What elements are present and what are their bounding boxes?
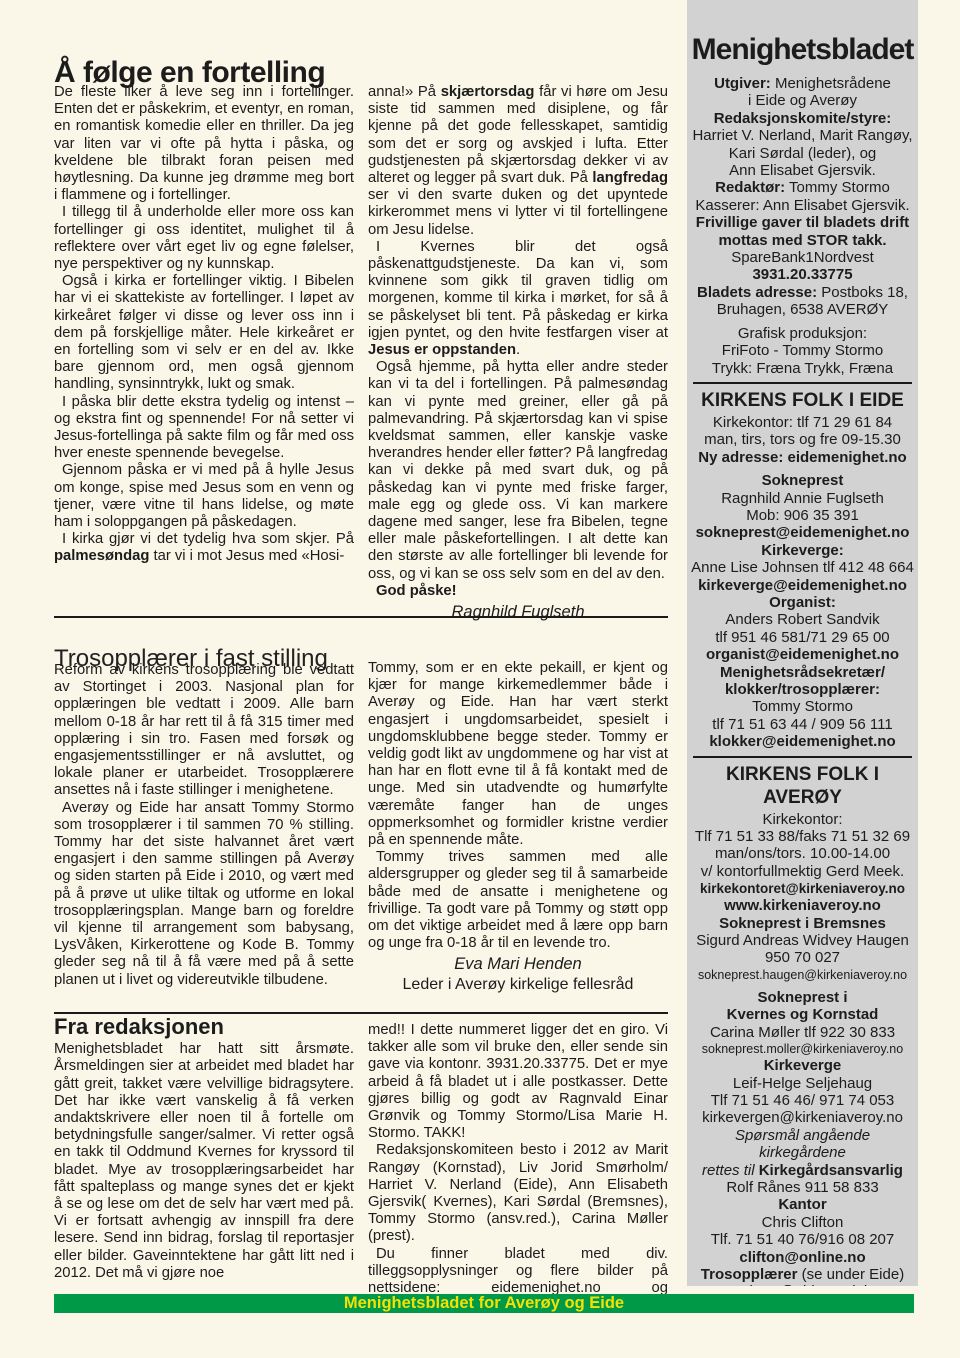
sidebar-line: Tlf. 71 51 40 76/916 08 207 (687, 1231, 918, 1248)
paragraph: anna!» På skjærtorsdag får vi høre om Je… (368, 84, 668, 239)
sidebar-line: Frivillige gaver til bladets drift (687, 214, 918, 231)
sidebar-line: KIRKENS FOLK I EIDE (687, 389, 918, 412)
paragraph: I kirka gjør vi det tydelig hva som skje… (54, 531, 354, 565)
footer-banner: Menighetsbladet for Averøy og Eide (54, 1294, 914, 1313)
text-run: SpareBank1Nordvest (731, 249, 874, 266)
paragraph: Averøy og Eide har ansatt Tommy Stormo s… (54, 800, 354, 989)
sidebar-line: KIRKENS FOLK I AVERØY (687, 763, 918, 809)
text-run: Bruhagen, 6538 AVERØY (717, 301, 889, 318)
sidebar-line: Carina Møller tlf 922 30 833 (687, 1024, 918, 1041)
text-run: FriFoto - Tommy Stormo (722, 342, 883, 359)
sidebar-line: Kirkekontor: tlf 71 29 61 84 (687, 414, 918, 431)
text-run: Sokneprest (762, 472, 844, 489)
sidebar-line: mottas med STOR takk. (687, 232, 918, 249)
sidebar-line: Sokneprest (687, 472, 918, 489)
sidebar-line: Kirkekontor: (687, 811, 918, 828)
text-run: Averøy og Eide har ansatt Tommy Stormo s… (54, 800, 354, 988)
text-run: Carina Møller tlf 922 30 833 (710, 1024, 895, 1041)
paragraph: De fleste liker å leve seg inn i fortell… (54, 84, 354, 204)
text-run: tar vi i mot Jesus med «Hosi- (149, 548, 344, 564)
text-run: Ragnhild Annie Fuglseth (721, 490, 884, 507)
text-run: med!! I dette nummeret ligger det en gir… (368, 1022, 668, 1141)
text-run: De fleste liker å leve seg inn i fortell… (54, 84, 354, 203)
text-run: sokneprest.haugen@kirkeniaveroy.no (698, 968, 907, 982)
sidebar-line: Utgiver: Menighetsrådene (687, 75, 918, 92)
text-run: man/ons/tors. 10.00-14.00 (715, 845, 890, 862)
story3-column1-paragraphs: Menighetsbladet har hatt sitt årsmøte. Å… (54, 1041, 354, 1282)
text-run: tlf 71 51 63 44 / 909 56 111 (712, 716, 892, 733)
sidebar-line: man, tirs, tors og fre 09-15.30 (687, 431, 918, 448)
divider (54, 616, 668, 618)
sidebar-line: Tlf 71 51 33 88/faks 71 51 32 69 (687, 828, 918, 845)
sidebar-line: klokker@eidemenighet.no (687, 733, 918, 750)
text-run: (se under Eide) (797, 1266, 904, 1283)
text-run: Jesus er oppstanden (368, 342, 516, 358)
story1-column2: anna!» På skjærtorsdag får vi høre om Je… (368, 84, 668, 621)
text-run: palmesøndag (54, 548, 149, 564)
sidebar-line: Trykk: Fræna Trykk, Fræna (687, 360, 918, 377)
story1-column1: De fleste liker å leve seg inn i fortell… (54, 84, 354, 566)
text-run: Anne Lise Johnsen tlf 412 48 664 (691, 559, 914, 576)
text-run: Postboks 18, (817, 284, 908, 301)
text-run: Redaksjonskomite/styre: (714, 110, 892, 127)
sidebar-line: Spørsmål angående kirkegårdene (687, 1127, 918, 1162)
text-run: 950 70 027 (765, 949, 840, 966)
paragraph: I Kvernes blir det også påskenattgudstje… (368, 239, 668, 359)
sidebar-line: man/ons/tors. 10.00-14.00 (687, 845, 918, 862)
sidebar-line: Leif-Helge Seljehaug (687, 1075, 918, 1092)
text-run: I tillegg til å underholde eller more os… (54, 204, 354, 272)
paragraph: Redaksjonskomiteen besto i 2012 av Marit… (368, 1142, 668, 1245)
story2-column2: Tommy, som er en ekte pekaill, er kjent … (368, 660, 668, 993)
paragraph: Også i kirka er fortellinger viktig. I B… (54, 273, 354, 393)
paragraph: Menighetsbladet har hatt sitt årsmøte. Å… (54, 1041, 354, 1282)
sidebar-line: Redaktør: Tommy Stormo (687, 179, 918, 196)
sidebar-divider (693, 382, 912, 384)
sidebar-line: rettes til Kirkegårdsansvarlig (687, 1162, 918, 1179)
text-run: Også i kirka er fortellinger viktig. I B… (54, 273, 354, 392)
paragraph: I påska blir dette ekstra tydelig og int… (54, 394, 354, 463)
text-run: Rolf Rånes 911 58 833 (726, 1179, 878, 1196)
sidebar-title: Menighetsbladet (687, 34, 918, 66)
paragraph: med!! I dette nummeret ligger det en gir… (368, 1022, 668, 1142)
text-run: Kari Sørdal (leder), og (729, 145, 877, 162)
sidebar-line: Bladets adresse: Postboks 18, (687, 284, 918, 301)
newsletter-page: Å følge en fortelling De fleste liker å … (0, 0, 960, 1358)
sidebar-line: SpareBank1Nordvest 3931.20.33775 (687, 249, 918, 284)
sidebar-line: tlf 71 51 63 44 / 909 56 111 (687, 716, 918, 733)
text-run: Redaktør: (715, 179, 785, 196)
text-run: Frivillige gaver til bladets drift (696, 214, 909, 231)
sidebar-line: kirkeverge@eidemenighet.no (687, 577, 918, 594)
text-run: sokneprest.moller@kirkeniaveroy.no (702, 1042, 903, 1056)
sidebar-line: Kirkeverge: (687, 542, 918, 559)
paragraph: Reform av kirkens trosopplæring ble vedt… (54, 662, 354, 800)
text-run: kirkevergen@kirkeniaveroy.no (702, 1109, 903, 1126)
sidebar-line: www.kirkeniaveroy.no (687, 897, 918, 914)
text-run: Organist: (769, 594, 836, 611)
text-run: Trosopplærer (701, 1266, 798, 1283)
story2-column2-paragraphs: Tommy, som er en ekte pekaill, er kjent … (368, 660, 668, 952)
sidebar-line: Harriet V. Nerland, Marit Rangøy, (687, 127, 918, 144)
sidebar-line: Trosopplærer (se under Eide) (687, 1266, 918, 1283)
text-run: Sokneprest i (757, 989, 847, 1006)
text-run: God påske! (376, 583, 457, 599)
text-run: tlf 951 46 581/71 29 65 00 (715, 629, 889, 646)
text-run: anna!» På (368, 84, 441, 100)
text-run: Kasserer: Ann Elisabet Gjersvik. (695, 197, 909, 214)
sidebar-line: Sokneprest i Bremsnes (687, 915, 918, 932)
sidebar-line: FriFoto - Tommy Stormo (687, 342, 918, 359)
sidebar-line: Tlf 71 51 46 46/ 971 74 053 (687, 1092, 918, 1109)
text-run: KIRKENS FOLK I EIDE (701, 390, 904, 411)
text-run: Redaksjonskomiteen besto i 2012 av Marit… (368, 1142, 668, 1244)
sidebar-lines: Utgiver: Menighetsrådenei Eide og Averøy… (687, 75, 918, 1286)
text-run: Ann Elisabet Gjersvik. (729, 162, 876, 179)
text-run: Sokneprest i Bremsnes (719, 915, 886, 932)
sidebar-line: tlf 951 46 581/71 29 65 00 (687, 629, 918, 646)
text-run: Tlf 71 51 33 88/faks 71 51 32 69 (695, 828, 910, 845)
text-run: Kvernes og Kornstad (727, 1006, 879, 1023)
text-run: Grafisk produksjon: (738, 325, 867, 342)
text-run: Reform av kirkens trosopplæring ble vedt… (54, 662, 354, 798)
text-run: Utgiver: (714, 75, 771, 92)
sidebar-line: Tommy Stormo (687, 698, 918, 715)
text-run: Gjennom påska er vi med på å hylle Jesus… (54, 462, 354, 530)
text-run: v/ kontorfullmektig Gerd Meek. (701, 863, 904, 880)
sidebar-line: Grafisk produksjon: (687, 325, 918, 342)
text-run: klokker@eidemenighet.no (709, 733, 895, 750)
text-run: kirkekontoret@kirkeniaveroy.no (700, 881, 905, 896)
sidebar-line: Anne Lise Johnsen tlf 412 48 664 (687, 559, 918, 576)
paragraph: Tommy trives sammen med alle aldersgrupp… (368, 849, 668, 952)
text-run: langfredag (592, 170, 668, 186)
sidebar-line: Menighetsrådsekretær/ (687, 664, 918, 681)
paragraph: God påske! (368, 583, 668, 600)
text-run: rettes til (702, 1162, 759, 1179)
sidebar-line: Anders Robert Sandvik (687, 611, 918, 628)
text-run: I kirka gjør vi det tydelig hva som skje… (62, 531, 354, 547)
sidebar-line: Chris Clifton (687, 1214, 918, 1231)
sidebar-line: kirkekontoret@kirkeniaveroy.no (687, 880, 918, 897)
paragraph: I tillegg til å underholde eller more os… (54, 204, 354, 273)
story2-column1: Reform av kirkens trosopplæring ble vedt… (54, 662, 354, 989)
text-run: 3931.20.33775 (752, 266, 852, 283)
text-run: Mob: 906 35 391 (746, 507, 859, 524)
sidebar-line: Rolf Rånes 911 58 833 (687, 1179, 918, 1196)
sidebar-line: Mob: 906 35 391 (687, 507, 918, 524)
sidebar-line: Ny adresse: eidemenighet.no (687, 449, 918, 466)
sidebar-line: Kvernes og Kornstad (687, 1006, 918, 1023)
story1-column2-paragraphs: anna!» På skjærtorsdag får vi høre om Je… (368, 84, 668, 600)
paragraph: Tommy, som er en ekte pekaill, er kjent … (368, 660, 668, 849)
paragraph: Også hjemme, på hytta eller andre steder… (368, 359, 668, 583)
text-run: Kirkeverge: (761, 542, 844, 559)
text-run: trosopplerer@eidemenighet.no (699, 1283, 905, 1286)
text-run: Kirkekontor: (762, 811, 842, 828)
text-run: ser vi den svarte duken og det upyntede … (368, 187, 668, 237)
text-run: klokker/trosopplærer: (725, 681, 880, 698)
sidebar-line: sokneprest.haugen@kirkeniaveroy.no (687, 967, 918, 983)
sidebar-line: v/ kontorfullmektig Gerd Meek. (687, 863, 918, 880)
text-run: organist@eidemenighet.no (706, 646, 899, 663)
text-run: i Eide og Averøy (748, 92, 857, 109)
paragraph: Gjennom påska er vi med på å hylle Jesus… (54, 462, 354, 531)
text-run: Tommy, som er en ekte pekaill, er kjent … (368, 660, 668, 848)
sidebar-line: Redaksjonskomite/styre: (687, 110, 918, 127)
footer-banner-label: Menighetsbladet for Averøy og Eide (344, 1294, 624, 1312)
text-run: kirkeverge@eidemenighet.no (698, 577, 907, 594)
text-run: Også hjemme, på hytta eller andre steder… (368, 359, 668, 581)
text-run: Tlf 71 51 46 46/ 971 74 053 (711, 1092, 894, 1109)
sidebar-line: Organist: (687, 594, 918, 611)
story3-column1: Fra redaksjonen Menighetsbladet har hatt… (54, 1018, 354, 1282)
text-run: Tommy Stormo (785, 179, 890, 196)
text-run: Anders Robert Sandvik (725, 611, 879, 628)
sidebar-line: Bruhagen, 6538 AVERØY (687, 301, 918, 318)
text-run: man, tirs, tors og fre 09-15.30 (704, 431, 901, 448)
text-run: Tommy Stormo (752, 698, 853, 715)
story2-signature-role: Leder i Averøy kirkelige fellesråd (368, 976, 668, 993)
text-run: I Kvernes blir det også påskenattgudstje… (368, 239, 668, 341)
story2-signature-name: Eva Mari Henden (368, 956, 668, 973)
sidebar-line: clifton@online.no (687, 1249, 918, 1266)
text-run: I påska blir dette ekstra tydelig og int… (54, 394, 354, 462)
sidebar-line: organist@eidemenighet.no (687, 646, 918, 663)
sidebar-line: Sigurd Andreas Widvey Haugen (687, 932, 918, 949)
text-run: . (516, 342, 520, 358)
text-run: clifton@online.no (739, 1249, 865, 1266)
sidebar-line: 950 70 027 (687, 949, 918, 966)
text-run: skjærtorsdag (441, 84, 535, 100)
sidebar-line: sokneprest@eidemenighet.no (687, 524, 918, 541)
text-run: www.kirkeniaveroy.no (724, 897, 881, 914)
text-run: Sigurd Andreas Widvey Haugen (696, 932, 909, 949)
sidebar-line: sokneprest.moller@kirkeniaveroy.no (687, 1041, 918, 1057)
text-run: Spørsmål angående kirkegårdene (735, 1127, 870, 1161)
text-run: Kirkegårdsansvarlig (759, 1162, 903, 1179)
text-run: Kirkekontor: tlf 71 29 61 84 (713, 414, 892, 431)
text-run: Tommy trives sammen med alle aldersgrupp… (368, 849, 668, 951)
sidebar-line: Ragnhild Annie Fuglseth (687, 490, 918, 507)
story3-column2: med!! I dette nummeret ligger det en gir… (368, 1022, 668, 1314)
text-run: Harriet V. Nerland, Marit Rangøy, (692, 127, 912, 144)
sidebar-line: klokker/trosopplærer: (687, 681, 918, 698)
sidebar-line: Sokneprest i (687, 989, 918, 1006)
masthead-sidebar: Menighetsbladet Utgiver: Menighetsrådene… (687, 0, 918, 1286)
sidebar-divider (693, 756, 912, 758)
text-run: Kirkeverge (764, 1057, 842, 1074)
sidebar-line: Kirkeverge (687, 1057, 918, 1074)
text-run: Trykk: Fræna Trykk, Fræna (712, 360, 893, 377)
text-run: sokneprest@eidemenighet.no (696, 524, 910, 541)
sidebar-line: i Eide og Averøy (687, 92, 918, 109)
text-run: Leif-Helge Seljehaug (733, 1075, 872, 1092)
sidebar-line: trosopplerer@eidemenighet.no (687, 1283, 918, 1286)
text-run: Menighetsrådene (771, 75, 891, 92)
text-run: Ny adresse: eidemenighet.no (698, 449, 906, 466)
story3-title: Fra redaksjonen (54, 1018, 354, 1035)
text-run: Tlf. 71 51 40 76/916 08 207 (711, 1231, 894, 1248)
sidebar-line: Ann Elisabet Gjersvik. (687, 162, 918, 179)
text-run: Kantor (778, 1196, 826, 1213)
story1-signature: Ragnhild Fuglseth (368, 604, 668, 621)
text-run: mottas med STOR takk. (718, 232, 886, 249)
text-run: Menighetsrådsekretær/ (720, 664, 885, 681)
text-run: KIRKENS FOLK I AVERØY (726, 764, 879, 808)
text-run: Menighetsbladet har hatt sitt årsmøte. Å… (54, 1041, 354, 1281)
sidebar-line: Kari Sørdal (leder), og (687, 145, 918, 162)
sidebar-line: Kantor (687, 1196, 918, 1213)
text-run: Bladets adresse: (697, 284, 817, 301)
sidebar-line: kirkevergen@kirkeniaveroy.no (687, 1109, 918, 1126)
sidebar-line: Kasserer: Ann Elisabet Gjersvik. (687, 197, 918, 214)
text-run: Chris Clifton (762, 1214, 844, 1231)
